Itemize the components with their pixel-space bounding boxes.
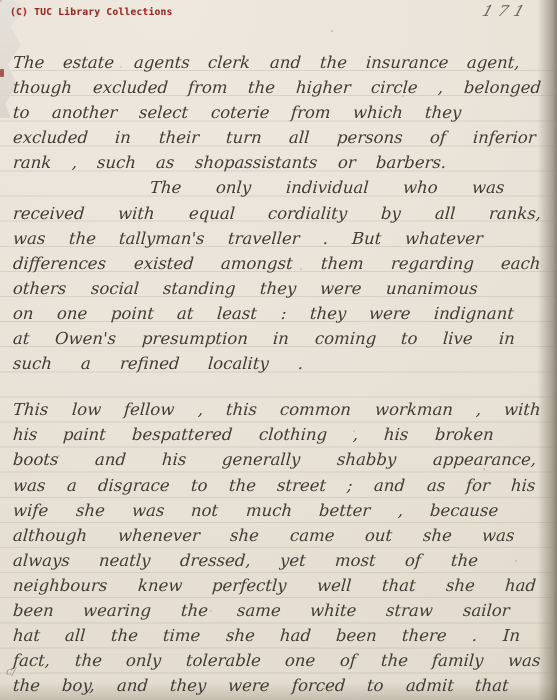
manuscript-line: ononepointatleast:theywereindignant: [13, 301, 515, 326]
word: select: [138, 100, 189, 125]
word: low: [71, 397, 102, 422]
word: out: [364, 523, 393, 548]
word: from: [291, 100, 332, 125]
word: in: [114, 125, 132, 150]
word: a: [66, 473, 78, 498]
word: such: [96, 150, 137, 175]
word: knew: [137, 573, 183, 598]
manuscript-line: wifeshewasnotmuchbetter,because: [13, 498, 499, 523]
word: whenever: [117, 523, 201, 548]
word: yet: [279, 548, 306, 573]
word: excluded: [12, 125, 89, 150]
word: boy,: [61, 673, 96, 698]
word: to: [366, 673, 384, 698]
word: for: [465, 473, 491, 498]
word: workman: [374, 397, 454, 422]
word: at: [176, 301, 194, 326]
word: traveller: [227, 226, 300, 251]
word: at: [12, 326, 30, 351]
word: the: [68, 226, 97, 251]
word: and: [373, 473, 406, 498]
word: she: [225, 623, 256, 648]
word: the: [110, 623, 139, 648]
word: ;: [346, 473, 353, 498]
word: been: [335, 623, 377, 648]
word: each: [501, 251, 542, 276]
word: were: [369, 301, 412, 326]
word: was: [481, 523, 515, 548]
word: ,: [397, 498, 404, 523]
word: white: [309, 598, 357, 623]
word: persons: [336, 125, 403, 150]
word: them: [320, 251, 364, 276]
manuscript: Theestateagentsclerkandtheinsuranceagent…: [13, 50, 541, 698]
word: that: [475, 673, 510, 698]
word: the: [247, 75, 276, 100]
word: well: [316, 573, 352, 598]
word: not: [191, 498, 220, 523]
word: presumption: [141, 326, 249, 351]
manuscript-line: alwaysneatlydressed,yetmostofthe: [13, 548, 478, 573]
manuscript-line: excludedintheirturnallpersonsofinferior: [13, 125, 536, 150]
page-number: 171: [480, 2, 532, 20]
word: This: [12, 397, 49, 422]
manuscript-line: Theonlyindividualwhowas: [150, 175, 504, 200]
manuscript-line: thoughexcludedfromthehighercircle,belong…: [13, 75, 541, 100]
word: social: [90, 276, 140, 301]
word: .: [322, 226, 329, 251]
word: inferior: [472, 125, 537, 150]
word: they: [309, 301, 347, 326]
manuscript-line: otherssocialstandingtheywereunanimous: [13, 276, 478, 301]
word: broken: [434, 422, 495, 447]
word: to: [12, 100, 30, 125]
word: this: [225, 397, 258, 422]
manuscript-line: wasthetallyman'straveller.Butwhatever: [13, 226, 483, 251]
word: generally: [222, 447, 302, 472]
word: tallyman's: [118, 226, 205, 251]
word: the: [380, 648, 409, 673]
word: forced: [291, 673, 346, 698]
word: was: [12, 226, 46, 251]
word: they: [259, 276, 297, 301]
word: the: [12, 673, 41, 698]
paper-specks: [0, 0, 2, 2]
word: was: [471, 175, 505, 200]
manuscript-line: althoughwhenevershecameoutshewas: [13, 523, 515, 548]
word: on: [12, 301, 34, 326]
word: shopassistants: [194, 150, 318, 175]
word: ,: [197, 397, 204, 422]
word: :: [280, 301, 287, 326]
word: indignant: [434, 301, 516, 326]
word: fellow: [123, 397, 175, 422]
word: such: [12, 351, 53, 376]
paragraph: Theestateagentsclerkandtheinsuranceagent…: [13, 50, 541, 376]
word: least: [216, 301, 258, 326]
word: received: [12, 201, 85, 226]
edge-speck: [0, 69, 4, 77]
manuscript-line: theboy,andtheywereforcedtoadmitthat: [13, 673, 509, 698]
manuscript-line: differencesexistedamongstthemregardingea…: [13, 251, 541, 276]
manuscript-line: bootsandhisgenerallyshabbyappearance,: [13, 447, 536, 472]
word: ,: [475, 397, 482, 422]
library-watermark: (C) TUC Library Collections: [10, 7, 173, 18]
word: his: [510, 473, 536, 498]
word: cordiality: [267, 201, 348, 226]
word: estate: [63, 50, 116, 75]
word: in: [498, 326, 516, 351]
word: family: [432, 648, 485, 673]
manuscript-line: toanotherselectcoteriefromwhichthey: [13, 100, 462, 125]
word: and: [94, 447, 127, 472]
word: much: [245, 498, 293, 523]
word: others: [12, 276, 67, 301]
word: .: [471, 623, 478, 648]
word: individual: [285, 175, 369, 200]
word: excluded: [92, 75, 169, 100]
word: amongst: [220, 251, 293, 276]
word: in: [272, 326, 290, 351]
word: clothing: [258, 422, 328, 447]
word: the: [228, 473, 257, 498]
word: locality: [207, 351, 270, 376]
word: In: [502, 623, 521, 648]
word: But: [351, 226, 382, 251]
word: because: [430, 498, 500, 523]
word: standing: [162, 276, 236, 301]
manuscript-line: hatallthetimeshehadbeenthere.In: [13, 623, 520, 648]
manuscript-line: rank,suchasshopassistantsorbarbers.: [13, 150, 446, 175]
word: disgrace: [97, 473, 170, 498]
word: was: [12, 473, 46, 498]
word: another: [51, 100, 118, 125]
manuscript-line: beenwearingthesamewhitestrawsailor: [13, 598, 509, 623]
word: ranks,: [488, 201, 542, 226]
manuscript-line: receivedwithequalcordialitybyallranks,: [13, 201, 541, 226]
word: bespattered: [131, 422, 233, 447]
word: the: [180, 598, 209, 623]
word: only: [215, 175, 252, 200]
word: the: [450, 548, 479, 573]
word: appearance,: [432, 447, 537, 472]
word: agents: [133, 50, 191, 75]
word: to: [190, 473, 208, 498]
word: wearing: [82, 598, 152, 623]
word: only: [125, 648, 162, 673]
word: point: [110, 301, 155, 326]
word: had: [504, 573, 537, 598]
word: neatly: [98, 548, 151, 573]
word: insurance: [365, 50, 449, 75]
word: one: [56, 301, 88, 326]
word: of: [339, 648, 357, 673]
word: she: [445, 573, 476, 598]
word: clerk: [208, 50, 252, 75]
word: were: [319, 276, 362, 301]
word: as: [426, 473, 446, 498]
word: circle: [370, 75, 418, 100]
word: one: [285, 648, 317, 673]
word: live: [443, 326, 474, 351]
manuscript-line: hispaintbespatteredclothing,hisbroken: [13, 422, 493, 447]
word: boots: [12, 447, 59, 472]
word: which: [352, 100, 404, 125]
word: all: [64, 623, 86, 648]
word: their: [158, 125, 200, 150]
manuscript-line: wasadisgracetothestreet;andasforhis: [13, 473, 536, 498]
word: coming: [314, 326, 377, 351]
word: better: [318, 498, 371, 523]
word: ,: [437, 75, 444, 100]
word: refined: [119, 351, 180, 376]
word: though: [12, 75, 73, 100]
manuscript-line: fact,theonlytolerableoneofthefamilywas: [13, 648, 541, 673]
manuscript-line: Theestateagentsclerkandtheinsuranceagent…: [13, 50, 520, 75]
manuscript-line: sucharefinedlocality.: [13, 351, 303, 376]
word: his: [12, 422, 38, 447]
paragraph: Thislowfellow,thiscommonworkman,withhisp…: [13, 397, 541, 698]
word: whatever: [404, 226, 484, 251]
word: and: [269, 50, 302, 75]
word: as: [156, 150, 176, 175]
word: regarding: [390, 251, 475, 276]
word: time: [162, 623, 201, 648]
manuscript-line: Thislowfellow,thiscommonworkman,with: [13, 397, 541, 422]
word: his: [383, 422, 409, 447]
word: she: [422, 523, 453, 548]
word: ,: [71, 150, 78, 175]
word: had: [279, 623, 312, 648]
word: agent,: [466, 50, 520, 75]
word: equal: [188, 201, 236, 226]
word: .: [297, 351, 304, 376]
word: all: [288, 125, 310, 150]
word: or: [337, 150, 357, 175]
word: common: [280, 397, 353, 422]
word: she: [75, 498, 106, 523]
manuscript-page-scan: (C) TUC Library Collections 171 c/ Thees…: [0, 0, 557, 700]
word: tolerable: [185, 648, 262, 673]
word: all: [434, 201, 456, 226]
word: from: [187, 75, 228, 100]
word: ,: [352, 422, 359, 447]
word: was: [508, 648, 542, 673]
word: been: [12, 598, 54, 623]
word: paint: [63, 422, 108, 447]
word: neighbours: [12, 573, 108, 598]
manuscript-line: neighboursknewperfectlywellthatshehad: [13, 573, 536, 598]
word: wife: [12, 498, 49, 523]
word: to: [400, 326, 418, 351]
word: the: [74, 648, 103, 673]
word: of: [404, 548, 422, 573]
word: shabby: [336, 447, 397, 472]
word: and: [116, 673, 149, 698]
word: she: [229, 523, 260, 548]
word: unanimous: [385, 276, 478, 301]
word: that: [381, 573, 416, 598]
word: street: [276, 473, 327, 498]
word: were: [227, 673, 270, 698]
word: higher: [295, 75, 352, 100]
word: by: [380, 201, 402, 226]
word: most: [334, 548, 376, 573]
word: differences: [12, 251, 107, 276]
word: Owen's: [54, 326, 117, 351]
word: although: [12, 523, 88, 548]
word: of: [429, 125, 447, 150]
word: coterie: [210, 100, 270, 125]
word: the: [319, 50, 348, 75]
word: there: [401, 623, 447, 648]
word: hat: [12, 623, 41, 648]
word: barbers.: [375, 150, 447, 175]
word: sailor: [462, 598, 510, 623]
word: admit: [405, 673, 455, 698]
word: The: [149, 175, 182, 200]
word: existed: [133, 251, 195, 276]
word: they: [169, 673, 207, 698]
word: with: [503, 397, 541, 422]
word: turn: [225, 125, 263, 150]
word: who: [402, 175, 438, 200]
word: The: [12, 50, 45, 75]
manuscript-line: atOwen'spresumptionincomingtolivein: [13, 326, 515, 351]
word: straw: [385, 598, 434, 623]
word: belonged: [463, 75, 542, 100]
word: they: [425, 100, 463, 125]
word: came: [289, 523, 335, 548]
word: with: [117, 201, 155, 226]
word: always: [12, 548, 71, 573]
word: fact,: [12, 648, 51, 673]
word: same: [236, 598, 281, 623]
word: was: [131, 498, 165, 523]
word: his: [161, 447, 187, 472]
word: dressed,: [179, 548, 251, 573]
word: a: [80, 351, 92, 376]
word: rank: [12, 150, 52, 175]
word: perfectly: [211, 573, 287, 598]
